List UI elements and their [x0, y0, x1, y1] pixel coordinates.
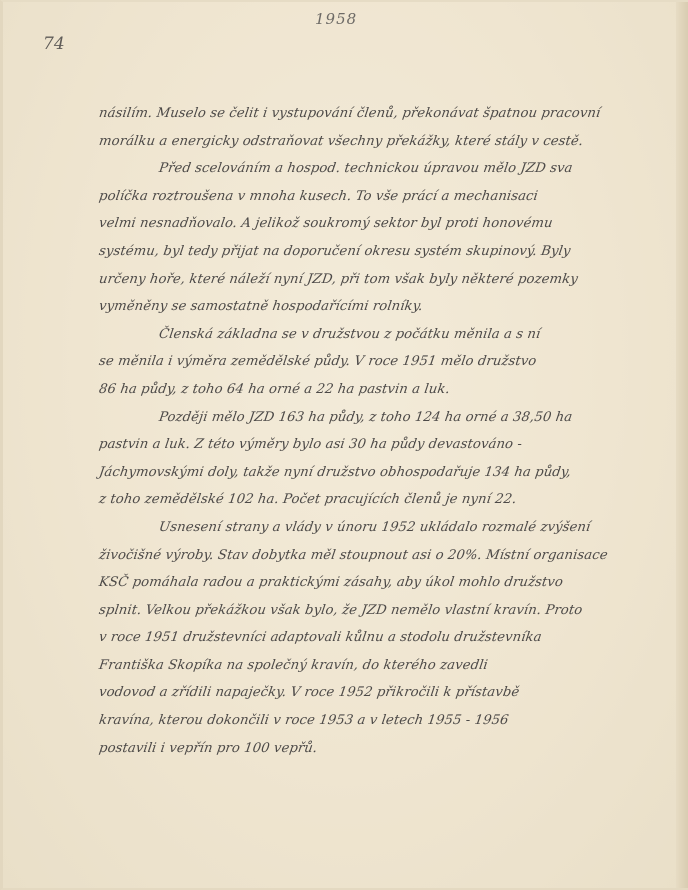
text-line: Později mělo JZD 163 ha půdy, z toho 124…: [97, 404, 661, 432]
text-line: Jáchymovskými doly, takže nyní družstvo …: [97, 459, 661, 487]
text-line: morálku a energicky odstraňovat všechny …: [97, 128, 661, 156]
text-line: 86 ha půdy, z toho 64 ha orné a 22 ha pa…: [97, 376, 661, 404]
text-line: vyměněny se samostatně hospodařícími rol…: [97, 293, 661, 321]
text-line: splnit. Velkou překážkou však bylo, že J…: [97, 597, 661, 625]
text-line: z toho zemědělské 102 ha. Počet pracujíc…: [97, 486, 661, 514]
year-header: 1958: [315, 10, 357, 28]
text-line: velmi nesnadňovalo. A jelikož soukromý s…: [97, 210, 661, 238]
chronicle-page: 1958 74 násilím. Muselo se čelit i vystu…: [0, 0, 688, 890]
text-line: v roce 1951 družstevníci adaptovali kůln…: [97, 624, 661, 652]
text-line: živočišné výroby. Stav dobytka měl stoup…: [97, 542, 661, 570]
text-line: násilím. Muselo se čelit i vystupování č…: [97, 100, 661, 128]
text-line: Františka Skopíka na společný kravín, do…: [97, 652, 661, 680]
text-line: KSČ pomáhala radou a praktickými zásahy,…: [97, 569, 661, 597]
page-number: 74: [43, 34, 65, 54]
text-line: určeny hoře, které náleží nyní JZD, při …: [97, 266, 661, 294]
handwritten-text-body: násilím. Muselo se čelit i vystupování č…: [99, 100, 659, 762]
text-line: vodovod a zřídili napaječky. V roce 1952…: [97, 679, 661, 707]
text-line: políčka roztroušena v mnoha kusech. To v…: [97, 183, 661, 211]
text-line: systému, byl tedy přijat na doporučení o…: [97, 238, 661, 266]
text-line: postavili i vepřín pro 100 vepřů.: [97, 735, 661, 763]
text-line: Před scelováním a hospod. technickou úpr…: [97, 155, 661, 183]
text-line: Usnesení strany a vlády v únoru 1952 ukl…: [97, 514, 661, 542]
text-line: kravína, kterou dokončili v roce 1953 a …: [97, 707, 661, 735]
text-line: se měnila i výměra zemědělské půdy. V ro…: [97, 348, 661, 376]
text-line: pastvin a luk. Z této výměry bylo asi 30…: [97, 431, 661, 459]
text-line: Členská základna se v družstvou z počátk…: [97, 321, 661, 349]
